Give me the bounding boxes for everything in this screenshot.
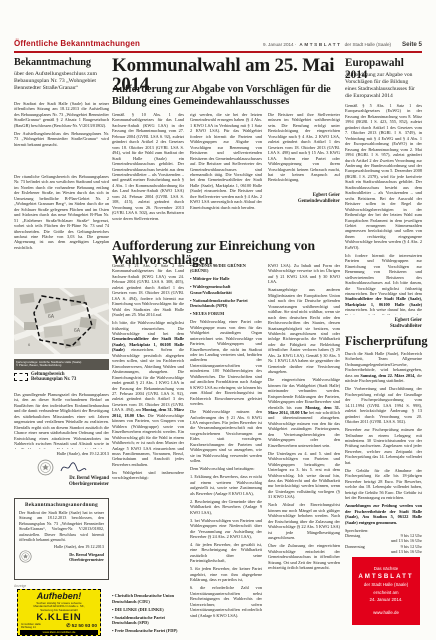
ad-text: Suchen ständig für unsere solvente Manda… <box>20 602 98 612</box>
paragraph: Durch die Stadt Halle (Saale), Fachberei… <box>345 351 422 384</box>
site-plan-map: 6A 6A 6 <box>14 288 109 354</box>
article2-column-3: KWO LSA). Zu Inhalt und Form der Wahlvor… <box>268 263 340 636</box>
dateline: Halle (Saale), den 19.12.2013 <box>14 451 109 456</box>
ad-address-line: Richtweg 14 <box>21 626 41 629</box>
signatory: Dr. Bernd Wiegand Oberbürgermeister <box>14 476 109 488</box>
advertisement: Aufheben! Suchen ständig für unsere solv… <box>17 589 101 636</box>
bekanntmachung-body-1: Der Stadtrat der Stadt Halle (Saale) hat… <box>14 101 109 172</box>
main-subheadline: Aufforderung zur Abgabe von Vorschlägen … <box>112 84 340 107</box>
anordnung-signature-row: Dr. Bernd Wiegand Oberbürgermeister <box>19 550 104 563</box>
map-legend: Geltungsbereich Bebauungsplan Nr. 73 <box>14 372 109 383</box>
numbered-item: 2. Bescheinigung der Gemeinde über die W… <box>190 499 262 515</box>
ad-phone: ✆ 52 50 93 00 <box>66 624 97 629</box>
article1-column-1: Gemäß § 10 Abs. 1 des Kommunalwahlgesetz… <box>112 112 184 236</box>
europawahl-body: Gemäß § 5 Abs. 1 Satz 1 des Europawahlge… <box>345 103 422 315</box>
signatory: Egbert Geier Gemeindewahlleiter <box>268 193 340 206</box>
svg-text:6A: 6A <box>48 314 55 320</box>
signature-block: Dr. Bernd Wiegand Oberbürgermeister <box>14 459 109 488</box>
text-run-bold: Stadtwahlleiter der Stadt Halle (Saale),… <box>345 296 422 306</box>
signatory-role: Stadtwahlleiter <box>345 324 422 330</box>
site-plan: 6A 6A 6 Kartengrundlage: Amtliche Stadtk… <box>14 288 109 383</box>
teaser-line: 24. Januar 2014. <box>352 598 420 603</box>
party-item: Nationaldemokratische Partei Deutschland… <box>190 298 262 309</box>
article1-column-2: rigt werden, die sie bei der letzten Gem… <box>190 112 262 236</box>
anordnung-title: Bekanntmachungsanordnung <box>19 502 104 508</box>
office-hours-time: und 13 bis 16 Uhr <box>391 538 422 543</box>
bekanntmachung-body-3: Das grundlegende Planungsziel des Bebauu… <box>14 392 109 449</box>
party-item: Christlich Demokratische Union Deutschla… <box>112 593 184 604</box>
official-seal-icon <box>19 550 32 563</box>
office-hours: Sprechzeiten: Dienstag 9 bis 12 Uhr und … <box>345 528 422 554</box>
paragraph: Dem Wahlvorschlag sind beizufügen: <box>190 466 262 471</box>
party-item: NEUES FORUM <box>190 311 262 316</box>
paragraph: Bewerber zur Fischerprüfung müssen die T… <box>345 427 422 465</box>
paragraph: Die Unterlagen zu 4. und 5. sind den Wah… <box>268 451 340 500</box>
numbered-item: 5. für jeden Bewerber, der keiner Partei… <box>190 566 262 582</box>
bekanntmachung-body-2: Der räumliche Geltungsbereich des Bebauu… <box>14 174 109 286</box>
paragraph: Gemäß § 21 Abs. 2 Satz 2 des Kommunalwah… <box>112 263 184 318</box>
paragraph: Anmeldungen zur Prüfung werden von der F… <box>345 503 422 525</box>
header-rule <box>14 51 422 53</box>
ad-website: www.klein-immobilien.de <box>20 630 98 635</box>
legend-label: Geltungsbereich Bebauungsplan Nr. 73 <box>31 372 76 383</box>
signatory: Egbert Geier Stadtwahlleiter <box>345 318 422 331</box>
office-hours-day: Donnerstag <box>345 544 365 554</box>
office-hours-times: 9 bis 12 Uhr und 13 bis 16 Uhr <box>391 544 422 554</box>
signature-row <box>14 459 109 476</box>
paragraph: Der Wahlvorschlag einer Partei oder Wähl… <box>190 319 262 406</box>
paragraph: Die Wahlvorschläge müssen den Anforderun… <box>190 409 262 464</box>
teaser-line: erscheint am <box>352 591 420 596</box>
paragraph: KWO LSA). Zu Inhalt und Form der Wahlvor… <box>268 263 340 285</box>
paragraph: Über die Zulassung der eingereichten Wah… <box>268 543 340 570</box>
paragraph: Der räumliche Geltungsbereich des Bebauu… <box>14 174 109 250</box>
ad-headline: Aufheben! <box>20 592 98 601</box>
legend-label-line: Bebauungsplan Nr. 73 <box>31 377 76 383</box>
party-item: Wählergemeinschaft Graue/Volkssolidaritä… <box>190 284 262 295</box>
europawahl-subtitle: Aufforderung zur Abgabe von Vorschlägen … <box>345 72 420 100</box>
anordnung-box: Bekanntmachungsanordnung Der Stadtrat de… <box>14 498 109 580</box>
numbered-item: 1. Erklärung des Bewerbers, dass er nich… <box>190 474 262 496</box>
svg-text:6A: 6A <box>74 328 81 334</box>
paragraph: Die Gebühr für die Abnahme der Fischerpr… <box>345 468 422 501</box>
paragraph: Im Wahlgebiet sind insbesondere vorschla… <box>112 470 184 481</box>
paragraph: Gemäß § 10 Abs. 1 des Kommunalwahlgesetz… <box>112 112 184 221</box>
office-hours-time: und 13 bis 16 Uhr <box>391 549 422 554</box>
teaser-line: Das nächste <box>352 567 420 572</box>
official-seal-icon <box>37 459 54 476</box>
office-hours-row: Dienstag 9 bis 12 Uhr und 13 bis 16 Uhr <box>345 533 422 544</box>
masthead-brand: AMTSBLATT <box>299 42 341 47</box>
bekanntmachung-subtitle: über den Aufstellungsbeschluss zum Bebau… <box>14 71 106 92</box>
office-hours-time: 9 bis 12 Uhr <box>401 533 422 538</box>
ad-label: Anzeige <box>14 584 26 588</box>
office-hours-row: Donnerstag 9 bis 12 Uhr und 13 bis 16 Uh… <box>345 544 422 554</box>
map-caption-line: © Planen, Bauen, Stadtentwicklung <box>16 364 107 368</box>
anordnung-body: Der Stadtrat der Stadt Halle (Saale) hat… <box>19 510 104 542</box>
section-label: Öffentliche Bekanntmachungen <box>14 39 140 48</box>
paragraph: Die eingereichten Wahlvorschläge können … <box>268 377 340 448</box>
signatory-name: Dr. Bernd Wiegand <box>69 552 104 557</box>
party-list: Christlich Demokratische Union Deutschla… <box>112 593 184 636</box>
paragraph: Das grundlegende Planungsziel des Bebauu… <box>14 392 109 449</box>
page-number: Seite 5 <box>402 41 422 48</box>
masthead-date: 9. Januar 2014 · <box>263 42 296 47</box>
teaser-line: der Stadt Halle (Saale) <box>352 583 420 588</box>
text-run: einzureichen. Sofern die Wahlvorschläge … <box>112 347 184 412</box>
paragraph: Nach Ablauf der Einreichungsfrist können… <box>268 502 340 540</box>
fischerpruefung-body: Durch die Stadt Halle (Saale), Fachberei… <box>345 351 422 554</box>
office-hours-time: 9 bis 12 Uhr <box>401 544 422 549</box>
signatory: Dr. Bernd Wiegand Oberbürgermeister <box>69 552 104 563</box>
text-run: Ich fordere hiermit die interessierten P… <box>345 253 422 296</box>
signatory-role: Gemeindewahlleiter <box>268 199 340 205</box>
numbered-item: 4. für jeden Bewerber, der gewählt ist, … <box>190 542 262 564</box>
anordnung-dateline: Halle (Saale), den 19.12.2013 <box>19 544 104 549</box>
paragraph: Die Vorbereitung und Durchführung der Fi… <box>345 386 422 424</box>
signatory-role: Oberbürgermeister <box>69 557 104 562</box>
party-item: Sozialdemokratische Partei Deutschlands … <box>112 615 184 626</box>
article2-column-1: Gemäß § 21 Abs. 2 Satz 2 des Kommunalwah… <box>112 263 184 636</box>
newspaper-page: Öffentliche Bekanntmachungen 9. Januar 2… <box>0 0 436 640</box>
text-run-bold: Anmeldungen zur Prüfung werden von der F… <box>345 503 422 524</box>
paragraph: Ich fordere hiermit die interessierten P… <box>345 253 422 315</box>
text-run: einzureichen. Ich weise darauf hin, dass… <box>345 307 422 315</box>
party-item: Freie Demokratische Partei (FDP) <box>112 628 184 633</box>
amtsblatt-teaser-box: Das nächste AMTSBLATT der Stadt Halle (S… <box>352 557 420 625</box>
signatory-role: Oberbürgermeister <box>14 482 109 488</box>
fischerpruefung-title: Fischerprüfung <box>345 334 422 349</box>
numbered-item: 3. bei Wahlvorschlägen von Parteien und … <box>190 518 262 540</box>
teaser-website: www.halle.de <box>352 611 420 616</box>
article2-col1-text: Gemäß § 21 Abs. 2 Satz 2 des Kommunalwah… <box>112 263 184 483</box>
paragraph: Der Stadtrat der Stadt Halle (Saale) hat… <box>14 101 109 128</box>
map-caption: Kartengrundlage: Amtliche Stadtkarte Hal… <box>14 359 109 370</box>
party-item: BÜNDNIS 90/DIE GRÜNEN (GRÜNE) <box>190 263 262 274</box>
teaser-brand: AMTSBLATT <box>352 574 420 581</box>
paragraph: rigt werden, die sie bei der letzten Gem… <box>190 112 262 210</box>
text-run: bei mir schriftlich und übereinstimmend … <box>268 410 340 448</box>
signature-icon <box>59 461 87 474</box>
bekanntmachung-title: Bekanntmachung <box>14 57 109 68</box>
ad-address: Immobilien Halle Richtweg 14 <box>21 623 41 629</box>
numbered-item: 6. die erforderliche Zahl von Unterstütz… <box>190 585 262 618</box>
text-run-bold: Samstag, dem 22. März 2014, <box>360 373 415 378</box>
article2-column-2: BÜNDNIS 90/DIE GRÜNEN (GRÜNE) Mitbürger … <box>190 263 262 636</box>
party-list: BÜNDNIS 90/DIE GRÜNEN (GRÜNE) Mitbürger … <box>190 263 262 316</box>
party-item: DIE LINKE (DIE LINKE) <box>112 607 184 612</box>
office-hours-times: 9 bis 12 Uhr und 13 bis 16 Uhr <box>391 533 422 544</box>
text-run: Ich bitte, die Wahlvorschläge möglichst … <box>112 320 184 336</box>
ad-contact-row: Immobilien Halle Richtweg 14 ✆ 52 50 93 … <box>20 623 98 629</box>
paragraph: Staatsangehörige aus anderen Mitgliedsta… <box>268 287 340 374</box>
masthead-brand-suffix: der Stadt Halle (Saale) <box>345 42 391 47</box>
article1-column-3: Die Beisitzer und ihre Stellvertreter mü… <box>268 112 340 236</box>
paragraph: Ich bitte, die Wahlvorschläge möglichst … <box>112 320 184 467</box>
party-item: Mitbürger für Halle <box>190 276 262 281</box>
ad-brand: K.KLEIN <box>20 613 98 623</box>
paragraph: Gemäß § 5 Abs. 1 Satz 1 des Europawahlge… <box>345 103 422 250</box>
text-run: Die Wahlvorschläge können von Parteien, … <box>112 413 184 467</box>
legend-swatch-icon <box>14 373 28 381</box>
paragraph: Die Beisitzer und ihre Stellvertreter mü… <box>268 112 340 183</box>
masthead: 9. Januar 2014 · AMTSBLATT der Stadt Hal… <box>263 41 422 48</box>
paragraph: Der Aufstellungsbeschluss des Bebauungsp… <box>14 131 109 147</box>
office-hours-day: Dienstag <box>345 533 360 544</box>
